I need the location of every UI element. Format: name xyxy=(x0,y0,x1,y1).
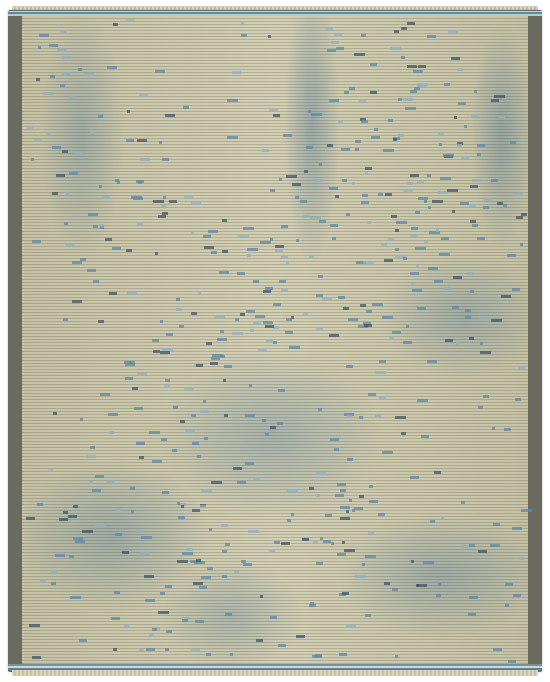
pattern-speck xyxy=(185,430,195,433)
pattern-speck xyxy=(296,635,305,638)
pattern-speck xyxy=(127,110,130,113)
pattern-speck xyxy=(279,280,286,283)
pattern-speck xyxy=(370,91,377,94)
pattern-speck xyxy=(64,222,68,225)
pattern-speck xyxy=(413,70,423,73)
pattern-speck xyxy=(452,210,455,213)
pattern-speck xyxy=(247,254,251,257)
pattern-speck xyxy=(100,393,110,396)
pattern-speck xyxy=(192,509,200,512)
pattern-speck xyxy=(483,206,489,209)
pattern-speck xyxy=(480,342,483,345)
pattern-speck xyxy=(385,193,392,196)
pattern-speck xyxy=(203,400,206,403)
pattern-speck xyxy=(273,114,280,117)
pattern-speck xyxy=(355,140,361,143)
pattern-speck xyxy=(493,523,500,526)
pattern-speck xyxy=(349,87,355,90)
pattern-speck xyxy=(340,489,346,492)
pattern-speck xyxy=(165,379,170,382)
pattern-speck xyxy=(322,297,332,300)
pattern-speck xyxy=(191,202,201,205)
pattern-speck xyxy=(434,280,443,283)
pattern-speck xyxy=(362,563,365,566)
pattern-speck xyxy=(63,318,68,321)
pattern-speck xyxy=(457,68,463,71)
pattern-speck xyxy=(87,269,96,272)
pattern-speck xyxy=(137,373,147,376)
pattern-speck xyxy=(403,257,407,260)
pattern-speck xyxy=(126,19,135,22)
pattern-speck xyxy=(165,114,175,117)
pattern-speck xyxy=(427,360,437,363)
pattern-speck xyxy=(191,649,200,652)
pattern-speck xyxy=(222,250,228,253)
pattern-speck xyxy=(55,554,65,557)
pattern-speck xyxy=(270,189,275,192)
pattern-speck xyxy=(303,215,309,218)
pattern-speck xyxy=(105,238,112,241)
pattern-speck xyxy=(34,139,42,142)
pattern-speck xyxy=(410,234,418,237)
pattern-speck xyxy=(260,241,271,244)
pattern-speck xyxy=(62,150,68,153)
pattern-speck xyxy=(394,30,399,33)
pattern-speck xyxy=(427,35,436,38)
pattern-speck xyxy=(342,179,347,182)
pattern-speck xyxy=(273,326,279,329)
pattern-speck xyxy=(217,338,227,341)
pattern-speck xyxy=(411,560,414,563)
pattern-speck xyxy=(75,540,85,543)
pattern-speck xyxy=(292,183,301,186)
pattern-speck xyxy=(78,68,82,71)
pattern-speck xyxy=(245,462,254,465)
pattern-speck xyxy=(40,579,46,582)
pattern-speck xyxy=(366,310,372,313)
pattern-speck xyxy=(432,200,443,203)
pattern-speck xyxy=(49,44,58,47)
pattern-speck xyxy=(417,181,424,184)
pattern-speck xyxy=(278,389,285,392)
pattern-speck xyxy=(253,477,260,480)
pattern-speck xyxy=(355,575,366,578)
pattern-speck xyxy=(384,582,390,585)
pattern-speck xyxy=(405,107,416,110)
pattern-speck xyxy=(269,109,278,112)
pattern-speck xyxy=(407,65,417,68)
pattern-speck xyxy=(206,342,212,345)
pattern-speck xyxy=(250,329,254,332)
pattern-speck xyxy=(166,630,172,633)
pattern-speck xyxy=(207,567,213,570)
pattern-speck xyxy=(193,582,203,585)
pattern-speck xyxy=(512,288,520,291)
pattern-speck xyxy=(371,136,380,139)
pattern-speck xyxy=(436,229,439,232)
pattern-speck xyxy=(262,149,269,152)
pattern-speck xyxy=(335,195,339,198)
pattern-speck xyxy=(474,90,477,93)
pattern-speck xyxy=(331,41,339,44)
pattern-speck xyxy=(470,290,474,293)
pattern-speck xyxy=(56,174,65,177)
pattern-speck xyxy=(139,648,144,651)
pattern-speck xyxy=(63,511,68,514)
pattern-speck xyxy=(505,604,509,607)
pattern-speck xyxy=(90,132,95,135)
pattern-speck xyxy=(289,346,300,349)
pattern-speck xyxy=(191,231,194,234)
pattern-speck xyxy=(521,509,532,512)
pattern-speck xyxy=(243,227,254,230)
pattern-speck xyxy=(88,213,98,216)
pattern-speck xyxy=(480,351,491,354)
pattern-speck xyxy=(93,280,99,283)
pattern-speck xyxy=(241,22,244,25)
pattern-speck xyxy=(505,583,513,586)
pattern-speck xyxy=(69,172,78,175)
pattern-speck xyxy=(192,442,199,445)
pattern-speck xyxy=(444,83,450,86)
pattern-speck xyxy=(457,144,462,147)
pattern-speck xyxy=(164,385,170,388)
pattern-speck xyxy=(243,563,252,566)
pattern-speck xyxy=(363,261,374,264)
pattern-speck xyxy=(286,262,289,265)
pattern-speck xyxy=(273,341,277,344)
pattern-speck xyxy=(70,596,81,599)
pattern-speck xyxy=(329,187,338,190)
pattern-speck xyxy=(295,196,299,199)
pattern-speck xyxy=(72,300,82,303)
pattern-speck xyxy=(65,244,75,247)
pattern-speck xyxy=(181,505,184,508)
pattern-speck xyxy=(510,141,516,144)
pattern-speck xyxy=(334,448,339,451)
pattern-speck xyxy=(255,315,265,318)
pattern-speck xyxy=(361,34,366,37)
pattern-speck xyxy=(38,46,41,49)
pattern-speck xyxy=(468,613,476,616)
pattern-speck xyxy=(80,258,86,261)
pattern-speck xyxy=(416,584,419,587)
pattern-speck xyxy=(69,555,74,558)
pattern-speck xyxy=(37,503,43,506)
pattern-speck xyxy=(395,655,398,658)
pattern-speck xyxy=(258,349,267,352)
pattern-speck xyxy=(112,247,121,250)
pattern-speck xyxy=(265,287,273,290)
pattern-speck xyxy=(378,513,385,516)
pattern-speck xyxy=(52,146,61,149)
pattern-speck xyxy=(98,115,103,118)
pattern-speck xyxy=(149,634,154,637)
pattern-speck xyxy=(245,414,255,417)
pattern-speck xyxy=(249,384,252,387)
pattern-speck xyxy=(465,316,471,319)
pattern-speck xyxy=(332,237,336,240)
pattern-speck xyxy=(428,206,431,209)
pattern-speck xyxy=(478,406,483,409)
pattern-speck xyxy=(219,271,229,274)
pattern-speck xyxy=(99,185,102,188)
pattern-speck xyxy=(346,365,353,368)
pattern-speck xyxy=(57,49,67,52)
pattern-speck xyxy=(443,154,454,157)
pattern-speck xyxy=(354,507,363,510)
pattern-speck xyxy=(477,153,481,156)
pattern-speck xyxy=(319,163,322,166)
pattern-speck xyxy=(159,141,162,144)
pattern-speck xyxy=(398,98,402,101)
pattern-speck xyxy=(233,467,242,470)
pattern-speck xyxy=(415,247,426,250)
pattern-speck xyxy=(165,648,169,651)
pattern-speck xyxy=(124,624,129,627)
pattern-speck xyxy=(247,248,258,251)
pattern-speck xyxy=(465,309,471,312)
pattern-speck xyxy=(467,272,473,275)
pattern-speck xyxy=(139,456,144,459)
pattern-speck xyxy=(152,339,159,342)
pattern-speck xyxy=(139,94,148,97)
pattern-speck xyxy=(378,193,383,196)
pattern-speck xyxy=(240,313,245,316)
pattern-speck xyxy=(447,189,458,192)
pattern-speck xyxy=(50,75,55,78)
pattern-speck xyxy=(145,599,155,602)
pattern-speck xyxy=(348,318,358,321)
pattern-speck xyxy=(316,494,320,497)
pattern-speck xyxy=(309,255,314,258)
pattern-speck xyxy=(270,238,273,241)
pattern-speck xyxy=(479,317,490,320)
pattern-speck xyxy=(335,494,344,497)
pattern-speck xyxy=(137,222,143,225)
pattern-speck xyxy=(277,422,283,425)
pattern-speck xyxy=(52,192,58,195)
pattern-speck xyxy=(74,153,83,156)
pattern-speck xyxy=(198,292,201,295)
pattern-speck xyxy=(334,33,342,36)
pattern-speck xyxy=(161,205,166,208)
pattern-speck xyxy=(365,555,376,558)
pattern-speck xyxy=(491,319,502,322)
pattern-speck xyxy=(364,324,372,327)
pattern-speck xyxy=(330,224,338,227)
pattern-speck xyxy=(365,167,372,170)
pattern-speck xyxy=(343,307,349,310)
pattern-speck xyxy=(178,516,185,519)
pattern-speck xyxy=(304,170,308,173)
pattern-speck xyxy=(401,56,405,59)
pattern-speck xyxy=(158,215,166,218)
pattern-speck xyxy=(438,583,441,586)
pattern-speck xyxy=(327,144,333,147)
pattern-speck xyxy=(300,200,307,203)
pattern-speck xyxy=(32,240,41,243)
pattern-speck xyxy=(361,120,368,123)
pattern-speck xyxy=(182,619,188,622)
pattern-speck xyxy=(331,542,334,545)
pattern-speck xyxy=(415,211,420,214)
pattern-speck xyxy=(365,171,368,174)
pattern-speck xyxy=(418,197,428,200)
pattern-speck xyxy=(460,202,469,205)
pattern-speck xyxy=(90,446,95,449)
pattern-speck xyxy=(246,310,255,313)
pattern-speck xyxy=(95,525,106,528)
pattern-speck xyxy=(306,146,313,149)
pattern-speck xyxy=(407,182,413,185)
pattern-speck xyxy=(200,505,206,508)
pattern-speck xyxy=(36,78,40,81)
pattern-speck xyxy=(491,179,498,182)
pattern-speck xyxy=(238,235,249,238)
pattern-speck xyxy=(452,306,459,309)
pattern-speck xyxy=(316,328,323,331)
pattern-speck xyxy=(512,527,522,530)
pattern-speck xyxy=(379,396,386,399)
pattern-speck xyxy=(456,342,459,345)
pattern-speck xyxy=(339,653,347,656)
pattern-speck xyxy=(515,398,521,401)
pattern-speck xyxy=(318,408,322,411)
pattern-speck xyxy=(204,437,208,440)
pattern-speck xyxy=(225,613,232,616)
pattern-speck xyxy=(158,611,169,614)
pattern-speck xyxy=(260,595,263,598)
pattern-speck xyxy=(382,451,393,454)
pattern-speck xyxy=(342,541,345,544)
pattern-speck xyxy=(503,204,507,207)
pattern-speck xyxy=(341,148,350,151)
pattern-speck xyxy=(410,90,417,93)
pattern-speck xyxy=(440,177,451,180)
pattern-speck xyxy=(337,483,346,486)
pattern-speck xyxy=(346,510,349,513)
pattern-speck xyxy=(210,362,218,365)
pattern-speck xyxy=(281,289,288,292)
pattern-speck xyxy=(48,469,53,472)
pattern-speck xyxy=(352,182,355,185)
pattern-speck xyxy=(113,648,117,651)
pattern-speck xyxy=(281,542,290,545)
pattern-speck xyxy=(209,528,212,531)
pattern-speck xyxy=(417,399,428,402)
pattern-speck xyxy=(69,96,76,99)
pattern-speck xyxy=(144,575,154,578)
pattern-speck xyxy=(203,235,211,238)
pattern-speck xyxy=(346,213,350,216)
pattern-speck xyxy=(296,239,299,242)
pattern-speck xyxy=(133,197,143,200)
pattern-speck xyxy=(490,544,500,547)
pattern-speck xyxy=(201,489,212,492)
pattern-speck xyxy=(427,174,431,177)
pattern-speck xyxy=(111,617,120,620)
pattern-speck xyxy=(477,237,485,240)
pattern-speck xyxy=(108,413,118,416)
pattern-speck xyxy=(283,134,292,137)
pattern-speck xyxy=(165,585,172,588)
pattern-speck xyxy=(359,416,363,419)
pattern-speck xyxy=(279,178,282,181)
pattern-speck xyxy=(501,295,511,298)
pattern-speck xyxy=(470,185,478,188)
pattern-speck xyxy=(423,561,434,564)
pattern-speck xyxy=(102,196,110,199)
pattern-speck xyxy=(140,552,150,555)
pattern-speck xyxy=(403,189,413,192)
pattern-speck xyxy=(53,412,57,415)
pattern-speck xyxy=(265,325,274,328)
rug-fringe-bottom xyxy=(12,670,538,676)
pattern-speck xyxy=(302,538,309,541)
pattern-speck xyxy=(493,648,502,651)
pattern-speck xyxy=(115,508,122,511)
pattern-speck xyxy=(182,552,193,555)
pattern-speck xyxy=(197,455,201,458)
pattern-speck xyxy=(471,114,479,117)
pattern-speck xyxy=(519,557,524,560)
pattern-speck xyxy=(354,53,365,56)
pattern-speck xyxy=(316,562,323,565)
pattern-speck xyxy=(263,321,273,324)
pattern-speck xyxy=(372,303,383,306)
pattern-speck xyxy=(507,254,516,257)
pattern-speck xyxy=(95,475,104,478)
pattern-speck xyxy=(318,275,323,278)
pattern-speck xyxy=(381,244,387,247)
pattern-speck xyxy=(196,364,203,367)
pattern-speck xyxy=(43,92,54,95)
pattern-speck xyxy=(392,588,398,591)
pattern-speck xyxy=(177,502,180,505)
pattern-speck xyxy=(344,91,349,94)
pattern-speck xyxy=(325,27,333,30)
pattern-speck xyxy=(39,34,49,37)
pattern-speck xyxy=(93,225,98,228)
pattern-speck xyxy=(177,560,188,563)
pattern-speck xyxy=(368,393,376,396)
pattern-speck xyxy=(464,125,467,128)
pattern-speck xyxy=(370,63,377,66)
pattern-speck xyxy=(115,533,122,536)
pattern-speck xyxy=(163,196,166,199)
pattern-speck xyxy=(122,551,129,554)
pattern-speck xyxy=(136,442,145,445)
pattern-speck xyxy=(274,541,280,544)
pattern-speck xyxy=(520,243,523,246)
pattern-speck xyxy=(374,128,378,131)
pattern-speck xyxy=(336,47,344,50)
pattern-speck xyxy=(256,639,263,642)
pattern-speck xyxy=(155,252,158,255)
pattern-speck xyxy=(136,180,144,183)
pattern-speck xyxy=(130,487,135,490)
pattern-speck xyxy=(340,517,350,520)
pattern-speck xyxy=(287,489,298,492)
pattern-speck xyxy=(237,272,245,275)
pattern-speck xyxy=(214,315,225,318)
pattern-speck xyxy=(152,628,157,631)
pattern-speck xyxy=(445,339,453,342)
pattern-speck xyxy=(137,139,147,142)
pattern-speck xyxy=(26,517,35,520)
pattern-speck xyxy=(469,544,475,547)
